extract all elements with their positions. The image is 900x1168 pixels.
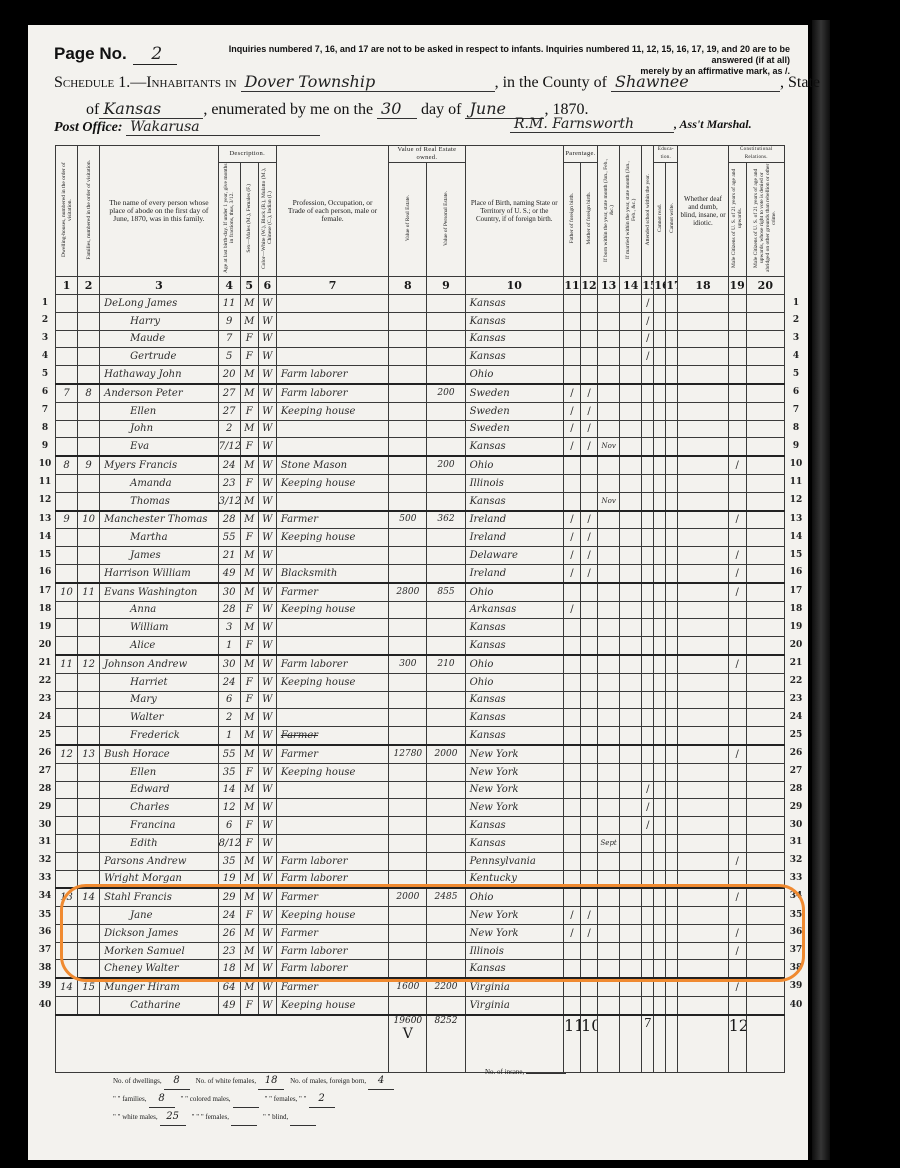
cell-occupation: Farmer	[276, 888, 388, 906]
cell-mother-foreign: /	[581, 924, 598, 942]
cell-occupation	[276, 619, 388, 637]
line-number: 16	[36, 567, 54, 577]
table-row: Parsons Andrew35MWFarm laborerPennsylvan…	[56, 852, 785, 870]
cell-citizen	[728, 312, 746, 330]
cell-cannot-write	[666, 709, 678, 727]
cell-school: /	[642, 799, 654, 817]
cell-sex: M	[240, 924, 258, 942]
cell-occupation	[276, 420, 388, 438]
cell-color: W	[258, 384, 276, 402]
cell-name: Morken Samuel	[100, 942, 218, 960]
cell-deaf	[678, 438, 728, 456]
cell-age: 29	[218, 888, 240, 906]
cell-personal-estate: 200	[427, 456, 465, 474]
table-row: 1314Stahl Francis29MWFarmer20002485Ohio/	[56, 888, 785, 906]
cell-family: 14	[78, 888, 100, 906]
line-number: 6	[785, 387, 807, 397]
cell-color: W	[258, 709, 276, 727]
table-row: 1011Evans Washington30MWFarmer2800855Ohi…	[56, 583, 785, 601]
cell-age: 3	[218, 619, 240, 637]
cell-father-foreign	[563, 781, 580, 799]
insane-cell	[465, 1015, 563, 1073]
cell-birthplace: Ireland	[465, 511, 563, 529]
cell-family	[78, 492, 100, 510]
cell-personal-estate	[427, 870, 465, 888]
cell-married-month	[620, 655, 642, 673]
cell-married-month	[620, 511, 642, 529]
cell-family: 9	[78, 456, 100, 474]
cell-mother-foreign	[581, 834, 598, 852]
cell-married-month	[620, 420, 642, 438]
cell-citizen	[728, 817, 746, 835]
cell-father-foreign	[563, 799, 580, 817]
column-number: 1	[56, 277, 78, 295]
cell-color: W	[258, 420, 276, 438]
line-number: 22	[785, 676, 807, 686]
cell-sex: F	[240, 601, 258, 619]
cell-occupation	[276, 348, 388, 366]
cell-occupation: Keeping house	[276, 402, 388, 420]
total-personal-estate: 8252	[427, 1015, 465, 1073]
cell-married-month	[620, 474, 642, 492]
line-number: 23	[36, 694, 54, 704]
cell-citizen	[728, 366, 746, 384]
cell-dwelling	[56, 673, 78, 691]
line-number: 38	[785, 963, 807, 973]
cell-citizen	[728, 781, 746, 799]
cell-mother-foreign: /	[581, 438, 598, 456]
cell-family	[78, 834, 100, 852]
cell-dwelling	[56, 402, 78, 420]
line-number: 2	[785, 315, 807, 325]
cell-birthplace: Ohio	[465, 655, 563, 673]
cell-denied	[746, 997, 784, 1015]
cell-born-month	[598, 547, 620, 565]
cell-occupation	[276, 781, 388, 799]
cell-personal-estate	[427, 474, 465, 492]
blind-label: " " blind,	[263, 1109, 288, 1126]
cell-personal-estate	[427, 547, 465, 565]
line-number: 35	[785, 910, 807, 920]
cell-real-estate: 500	[389, 511, 427, 529]
column-number-row: 1234567891011121314151617181920	[56, 277, 785, 295]
cell-married-month	[620, 691, 642, 709]
cell-real-estate	[389, 529, 427, 547]
cell-cannot-read	[654, 366, 666, 384]
cell-age: 6	[218, 817, 240, 835]
cell-sex: F	[240, 529, 258, 547]
cell-real-estate	[389, 619, 427, 637]
cell-father-foreign	[563, 888, 580, 906]
cell-school	[642, 474, 654, 492]
cell-name: Maude	[100, 330, 218, 348]
cell-name: Johnson Andrew	[100, 655, 218, 673]
cell-father-foreign	[563, 366, 580, 384]
cell-color: W	[258, 348, 276, 366]
cell-birthplace: Kansas	[465, 619, 563, 637]
cell-real-estate: 2800	[389, 583, 427, 601]
cell-dwelling: 10	[56, 583, 78, 601]
white-females-value: 18	[258, 1072, 284, 1090]
cell-sex: M	[240, 312, 258, 330]
summary-cell	[56, 1015, 389, 1073]
cell-citizen: /	[728, 924, 746, 942]
column-number: 15	[642, 277, 654, 295]
cell-father-foreign	[563, 655, 580, 673]
cell-deaf	[678, 781, 728, 799]
cell-school	[642, 547, 654, 565]
cell-cannot-write	[666, 330, 678, 348]
cell-birthplace: New York	[465, 781, 563, 799]
cell-personal-estate	[427, 420, 465, 438]
cell-age: 30	[218, 583, 240, 601]
cell-born-month	[598, 709, 620, 727]
cell-mother-foreign	[581, 312, 598, 330]
column-number: 12	[581, 277, 598, 295]
cell-deaf	[678, 924, 728, 942]
cell-deaf	[678, 799, 728, 817]
cell-personal-estate	[427, 852, 465, 870]
cell-cannot-read	[654, 492, 666, 510]
cell-deaf	[678, 295, 728, 313]
line-number: 7	[785, 405, 807, 415]
cell-married-month	[620, 960, 642, 978]
summary-block: No. of dwellings,8 No. of white females,…	[113, 1072, 453, 1126]
cell-deaf	[678, 384, 728, 402]
cell-denied	[746, 888, 784, 906]
cell-dwelling	[56, 852, 78, 870]
schedule-line: Schedule 1.—Inhabitants in Dover Townshi…	[54, 72, 820, 92]
cell-cannot-write	[666, 978, 678, 996]
cell-name: Charles	[100, 799, 218, 817]
cell-born-month	[598, 601, 620, 619]
cell-family: 12	[78, 655, 100, 673]
cell-denied	[746, 601, 784, 619]
cell-real-estate	[389, 420, 427, 438]
cell-father-foreign	[563, 763, 580, 781]
cell-born-month	[598, 870, 620, 888]
cell-occupation	[276, 547, 388, 565]
cell-sex: M	[240, 709, 258, 727]
cell-age: 20	[218, 366, 240, 384]
cell-father-foreign	[563, 312, 580, 330]
line-number: 18	[785, 604, 807, 614]
cell-deaf	[678, 763, 728, 781]
line-number: 28	[785, 784, 807, 794]
cell-deaf	[678, 583, 728, 601]
cell-born-month	[598, 852, 620, 870]
cell-citizen: /	[728, 852, 746, 870]
cell-denied	[746, 456, 784, 474]
cell-married-month	[620, 312, 642, 330]
cell-real-estate	[389, 456, 427, 474]
cell-school	[642, 637, 654, 655]
cell-mother-foreign	[581, 637, 598, 655]
cell-real-estate	[389, 960, 427, 978]
cell-sex: F	[240, 330, 258, 348]
cell-born-month: Nov	[598, 492, 620, 510]
cell-denied	[746, 330, 784, 348]
cell-color: W	[258, 655, 276, 673]
table-row: Harriet24FWKeeping houseOhio	[56, 673, 785, 691]
cell-born-month	[598, 924, 620, 942]
line-number: 38	[36, 963, 54, 973]
cell-deaf	[678, 655, 728, 673]
cell-family: 15	[78, 978, 100, 996]
cell-occupation: Farmer	[276, 924, 388, 942]
cell-dwelling	[56, 295, 78, 313]
cell-deaf	[678, 637, 728, 655]
cell-family	[78, 564, 100, 582]
cell-denied	[746, 852, 784, 870]
schedule-label: Schedule 1.—Inhabitants in	[54, 74, 237, 91]
cell-occupation: Blacksmith	[276, 564, 388, 582]
table-row: Dickson James26MWFarmerNew York///	[56, 924, 785, 942]
cell-dwelling: 12	[56, 745, 78, 763]
cell-deaf	[678, 673, 728, 691]
cell-mother-foreign: /	[581, 564, 598, 582]
col-school-header: Attended school within the year.	[642, 146, 654, 277]
cell-sex: M	[240, 799, 258, 817]
column-number: 4	[218, 277, 240, 295]
families-value: 8	[149, 1090, 175, 1108]
cell-dwelling	[56, 348, 78, 366]
cell-deaf	[678, 745, 728, 763]
cell-real-estate	[389, 997, 427, 1015]
total-school: 7	[642, 1015, 654, 1073]
header-row: Dwelling-houses, numbered in the order o…	[56, 146, 785, 163]
line-number: 20	[36, 640, 54, 650]
cell-mother-foreign	[581, 727, 598, 745]
cell-occupation: Farmer	[276, 511, 388, 529]
cell-married-month	[620, 348, 642, 366]
line-number: 4	[785, 351, 807, 361]
cell-birthplace: Arkansas	[465, 601, 563, 619]
cell-color: W	[258, 547, 276, 565]
cell-denied	[746, 366, 784, 384]
line-number: 30	[785, 820, 807, 830]
line-number: 10	[36, 459, 54, 469]
cell-occupation: Farmer	[276, 978, 388, 996]
cell-personal-estate	[427, 781, 465, 799]
cell-cannot-read	[654, 709, 666, 727]
cell-personal-estate: 855	[427, 583, 465, 601]
cell-cannot-read	[654, 619, 666, 637]
description-group-header: Description.	[218, 146, 276, 163]
cell-deaf	[678, 888, 728, 906]
cell-father-foreign	[563, 691, 580, 709]
line-number: 17	[36, 586, 54, 596]
cell-personal-estate	[427, 942, 465, 960]
cell-father-foreign	[563, 330, 580, 348]
cell-mother-foreign: /	[581, 529, 598, 547]
cell-mother-foreign: /	[581, 511, 598, 529]
cell-personal-estate: 200	[427, 384, 465, 402]
cell-cannot-write	[666, 799, 678, 817]
cell-born-month	[598, 727, 620, 745]
table-row: Maude7FWKansas/	[56, 330, 785, 348]
cell-name: Thomas	[100, 492, 218, 510]
cell-deaf	[678, 709, 728, 727]
cell-sex: F	[240, 691, 258, 709]
cell-dwelling: 13	[56, 888, 78, 906]
cell-citizen	[728, 997, 746, 1015]
column-number: 9	[427, 277, 465, 295]
line-number: 19	[785, 622, 807, 632]
state-value: Kansas	[99, 99, 203, 119]
cell-cannot-read	[654, 870, 666, 888]
cell-occupation	[276, 709, 388, 727]
cell-birthplace: Sweden	[465, 384, 563, 402]
cell-birthplace: Ohio	[465, 366, 563, 384]
cell-real-estate	[389, 474, 427, 492]
line-number: 14	[36, 532, 54, 542]
column-number: 14	[620, 277, 642, 295]
cell-age: 21	[218, 547, 240, 565]
cell-cannot-read	[654, 330, 666, 348]
check-mark: V	[403, 1026, 413, 1042]
cell-name: Walter	[100, 709, 218, 727]
cell-mother-foreign	[581, 366, 598, 384]
cell-age: 2	[218, 420, 240, 438]
cell-real-estate	[389, 691, 427, 709]
cell-married-month	[620, 637, 642, 655]
cell-school: /	[642, 348, 654, 366]
line-number: 37	[36, 945, 54, 955]
cell-married-month	[620, 978, 642, 996]
cell-color: W	[258, 997, 276, 1015]
line-number: 11	[785, 477, 807, 487]
cell-occupation	[276, 312, 388, 330]
cell-denied	[746, 312, 784, 330]
cell-name: Ellen	[100, 763, 218, 781]
line-number: 40	[36, 1000, 54, 1010]
cell-personal-estate	[427, 492, 465, 510]
cell-cannot-read	[654, 637, 666, 655]
cell-married-month	[620, 709, 642, 727]
cell-father-foreign	[563, 960, 580, 978]
cell-sex: F	[240, 763, 258, 781]
cell-denied	[746, 781, 784, 799]
cell-color: W	[258, 456, 276, 474]
cell-married-month	[620, 601, 642, 619]
white-females-label: No. of white females,	[196, 1073, 256, 1090]
cell-citizen	[728, 870, 746, 888]
cell-sex: F	[240, 907, 258, 925]
cell-married-month	[620, 870, 642, 888]
cell-cannot-write	[666, 420, 678, 438]
cell-age: 27	[218, 384, 240, 402]
cell-married-month	[620, 456, 642, 474]
cell-color: W	[258, 295, 276, 313]
line-number: 34	[36, 891, 54, 901]
cell-occupation	[276, 438, 388, 456]
line-number: 15	[785, 550, 807, 560]
line-number: 40	[785, 1000, 807, 1010]
cell-family	[78, 402, 100, 420]
cell-name: Evans Washington	[100, 583, 218, 601]
table-row: Eva7/12FWKansas//Nov	[56, 438, 785, 456]
cell-family	[78, 907, 100, 925]
cell-dwelling	[56, 817, 78, 835]
cell-age: 11	[218, 295, 240, 313]
cell-sex: M	[240, 366, 258, 384]
cell-father-foreign	[563, 348, 580, 366]
cell-denied	[746, 402, 784, 420]
cell-born-month	[598, 384, 620, 402]
cell-real-estate	[389, 384, 427, 402]
col-color-header: Color—White (W.), Black (B.), Mulatto (M…	[258, 163, 276, 277]
cell-married-month	[620, 942, 642, 960]
cell-cannot-read	[654, 312, 666, 330]
cell-real-estate	[389, 834, 427, 852]
cell-personal-estate	[427, 997, 465, 1015]
column-number: 6	[258, 277, 276, 295]
cell-deaf	[678, 960, 728, 978]
cell-cannot-read	[654, 978, 666, 996]
cell-age: 55	[218, 745, 240, 763]
cell-birthplace: Kansas	[465, 727, 563, 745]
cell-cannot-write	[666, 673, 678, 691]
cell-deaf	[678, 474, 728, 492]
cell-school	[642, 852, 654, 870]
cell-age: 2	[218, 709, 240, 727]
cell-color: W	[258, 834, 276, 852]
cell-sex: F	[240, 438, 258, 456]
cell-cannot-read	[654, 852, 666, 870]
cell-cannot-read	[654, 402, 666, 420]
cell-personal-estate	[427, 924, 465, 942]
cell-personal-estate: 362	[427, 511, 465, 529]
cell-name: Munger Hiram	[100, 978, 218, 996]
cell-deaf	[678, 456, 728, 474]
cell-denied	[746, 727, 784, 745]
cell-occupation: Farm laborer	[276, 366, 388, 384]
cell-age: 26	[218, 924, 240, 942]
cell-denied	[746, 691, 784, 709]
cell-school	[642, 673, 654, 691]
cell-occupation: Farm laborer	[276, 655, 388, 673]
cell-mother-foreign	[581, 960, 598, 978]
cell-sex: M	[240, 619, 258, 637]
totals-row: 19600V 8252 11 10 7 12	[56, 1015, 785, 1073]
line-number: 11	[36, 477, 54, 487]
blind-value	[290, 1125, 316, 1126]
table-row: Gertrude5FWKansas/	[56, 348, 785, 366]
line-number: 34	[785, 891, 807, 901]
cell-dwelling	[56, 420, 78, 438]
cell-dwelling	[56, 870, 78, 888]
cell-deaf	[678, 330, 728, 348]
cell-family	[78, 763, 100, 781]
cell-birthplace: New York	[465, 799, 563, 817]
cell-denied	[746, 709, 784, 727]
total-father-foreign: 11	[563, 1015, 580, 1073]
cell-citizen	[728, 907, 746, 925]
cell-dwelling	[56, 799, 78, 817]
line-number: 3	[785, 333, 807, 343]
cell-father-foreign: /	[563, 420, 580, 438]
cell-married-month	[620, 673, 642, 691]
col-sex-header: Sex—Males (M.), Females (F.)	[240, 163, 258, 277]
cell-personal-estate	[427, 330, 465, 348]
cell-born-month	[598, 420, 620, 438]
cell-citizen	[728, 402, 746, 420]
column-number: 7	[276, 277, 388, 295]
state-label: , State	[780, 74, 820, 91]
cell-occupation	[276, 817, 388, 835]
cell-father-foreign: /	[563, 907, 580, 925]
